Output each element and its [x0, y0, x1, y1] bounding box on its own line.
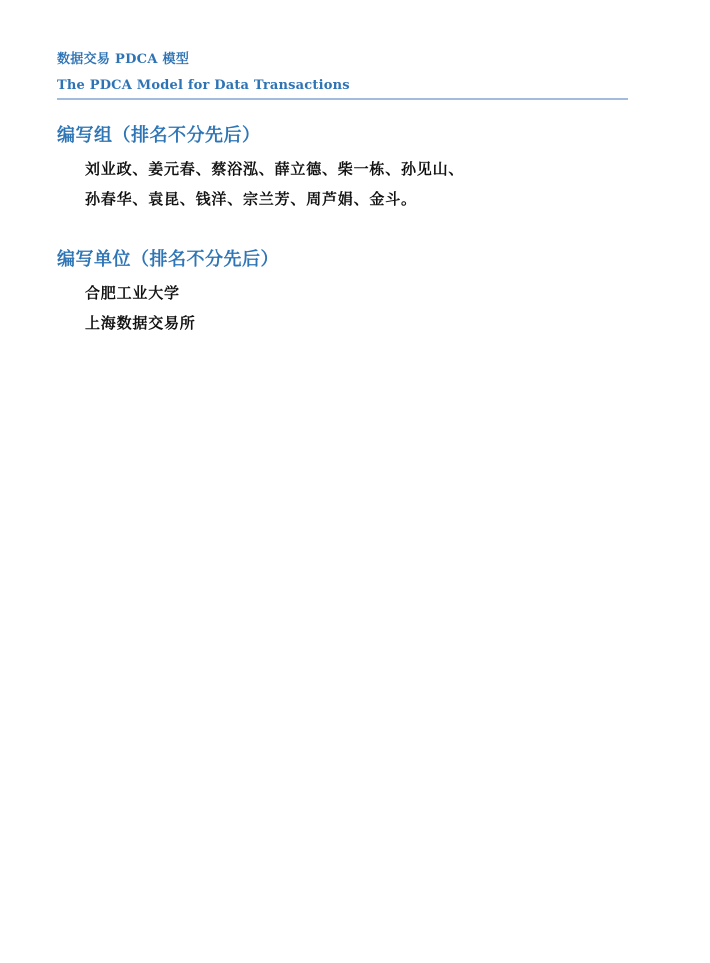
organization-line-1: 合肥工业大学	[85, 284, 628, 302]
section-heading-organizations: 编写单位（排名不分先后）	[57, 250, 628, 270]
header-title-chinese: 数据交易 PDCA 模型	[57, 52, 628, 68]
organization-line-2: 上海数据交易所	[85, 314, 628, 332]
authors-line-1: 刘业政、姜元春、蔡浴泓、薛立德、柴一栋、孙见山、	[85, 160, 628, 178]
page-header: 数据交易 PDCA 模型 The PDCA Model for Data Tra…	[57, 52, 628, 100]
section-heading-authors: 编写组（排名不分先后）	[57, 126, 628, 146]
authors-line-2: 孙春华、袁昆、钱洋、宗兰芳、周芦娟、金斗。	[85, 190, 628, 208]
header-rule	[57, 98, 628, 100]
document-content: 数据交易 PDCA 模型 The PDCA Model for Data Tra…	[57, 52, 628, 332]
header-title-english: The PDCA Model for Data Transactions	[57, 78, 628, 94]
document-page: 数据交易 PDCA 模型 The PDCA Model for Data Tra…	[0, 0, 710, 963]
